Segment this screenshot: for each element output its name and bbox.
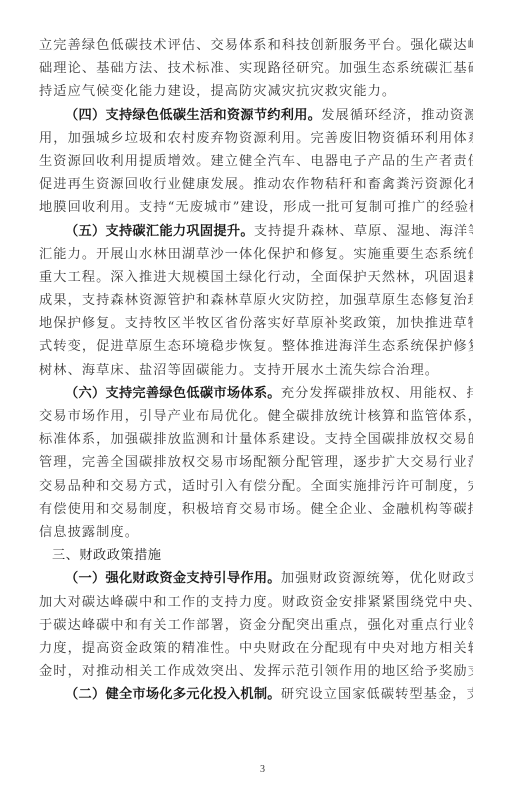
body-line: 成果，支持森林资源管护和森林草原火灾防控，加强草原生态修复治理，强化湿 [39, 289, 473, 312]
body-text: 发展循环经济，推动资源综合利 [321, 108, 473, 123]
body-line: 交易市场作用，引导产业布局优化。健全碳排放统计核算和监管体系，完善相关 [39, 405, 473, 428]
body-line: 汇能力。开展山水林田湖草沙一体化保护和修复。实施重要生态系统保护和修复 [39, 243, 473, 266]
body-line: 信息披露制度。 [39, 521, 473, 544]
page-number: 3 [0, 764, 525, 775]
body-line: 立完善绿色低碳技术评估、交易体系和科技创新服务平台。强化碳达峰碳中和基 [39, 34, 473, 57]
body-line: 标准体系，加强碳排放监测和计量体系建设。支持全国碳排放权交易的统一监督 [39, 428, 473, 451]
section-heading: （二）健全市场化多元化投入机制。 [65, 687, 281, 702]
body-line: 交易品种和交易方式，适时引入有偿分配。全面实施排污许可制度，完善排污权 [39, 475, 473, 498]
section-4-first-line: （四）支持绿色低碳生活和资源节约利用。发展循环经济，推动资源综合利 [39, 104, 473, 127]
document-page: 立完善绿色低碳技术评估、交易体系和科技创新服务平台。强化碳达峰碳中和基 础理论、… [39, 34, 473, 706]
body-line: 用，加强城乡垃圾和农村废弃物资源利用。完善废旧物资循环利用体系，促进再 [39, 127, 473, 150]
body-line: 力度，提高资金政策的精准性。中央财政在分配现有中央对地方相关转移支付资 [39, 637, 473, 660]
body-text: 支持提升森林、草原、湿地、海洋等生态碳 [254, 224, 473, 239]
body-line: 式转变，促进草原生态环境稳步恢复。整体推进海洋生态系统保护修复，提升红 [39, 335, 473, 358]
body-line: 础理论、基础方法、技术标准、实现路径研究。加强生态系统碳汇基础支撑。支 [39, 57, 473, 80]
section-heading: （四）支持绿色低碳生活和资源节约利用。 [65, 108, 321, 123]
section-heading: （五）支持碳汇能力巩固提升。 [65, 224, 254, 239]
body-line: 促进再生资源回收行业健康发展。推动农作物秸秆和畜禽粪污资源化利用，推广 [39, 173, 473, 196]
body-line: 生资源回收利用提质增效。建立健全汽车、电器电子产品的生产者责任延伸制度， [39, 150, 473, 173]
body-line: 持适应气候变化能力建设，提高防灾减灾抗灾救灾能力。 [39, 80, 473, 103]
body-text: 研究设立国家低碳转型基金，支持传统 [281, 687, 473, 702]
body-line: 地膜回收利用。支持“无废城市”建设，形成一批可复制可推广的经验模式。 [39, 196, 473, 219]
subsection-1-first-line: （一）强化财政资金支持引导作用。加强财政资源统筹，优化财政支出结构， [39, 567, 473, 590]
section-6-first-line: （六）支持完善绿色低碳市场体系。充分发挥碳排放权、用能权、排污权等 [39, 382, 473, 405]
body-text: 充分发挥碳排放权、用能权、排污权等 [281, 386, 473, 401]
section-heading: （一）强化财政资金支持引导作用。 [65, 571, 281, 586]
body-line: 重大工程。深入推进大规模国土绿化行动，全面保护天然林，巩固退耕还林还草 [39, 266, 473, 289]
body-line: 加大对碳达峰碳中和工作的支持力度。财政资金安排紧紧围绕党中央、国务院关 [39, 591, 473, 614]
section-5-first-line: （五）支持碳汇能力巩固提升。支持提升森林、草原、湿地、海洋等生态碳 [39, 220, 473, 243]
chapter-heading: 三、财政政策措施 [39, 544, 473, 567]
body-line: 于碳达峰碳中和有关工作部署，资金分配突出重点，强化对重点行业领域的保障 [39, 614, 473, 637]
body-line: 地保护修复。支持牧区半牧区省份落实好草原补奖政策，加快推进草牧业发展方 [39, 312, 473, 335]
section-heading: （六）支持完善绿色低碳市场体系。 [65, 386, 281, 401]
body-line: 管理，完善全国碳排放权交易市场配额分配管理，逐步扩大交易行业范围，丰富 [39, 451, 473, 474]
body-text: 加强财政资源统筹，优化财政支出结构， [281, 571, 473, 586]
body-line: 有偿使用和交易制度，积极培育交易市场。健全企业、金融机构等碳排放报告和 [39, 498, 473, 521]
subsection-2-first-line: （二）健全市场化多元化投入机制。研究设立国家低碳转型基金，支持传统 [39, 683, 473, 706]
body-line: 树林、海草床、盐沼等固碳能力。支持开展水土流失综合治理。 [39, 359, 473, 382]
body-line: 金时，对推动相关工作成效突出、发挥示范引领作用的地区给予奖励支持。 [39, 660, 473, 683]
